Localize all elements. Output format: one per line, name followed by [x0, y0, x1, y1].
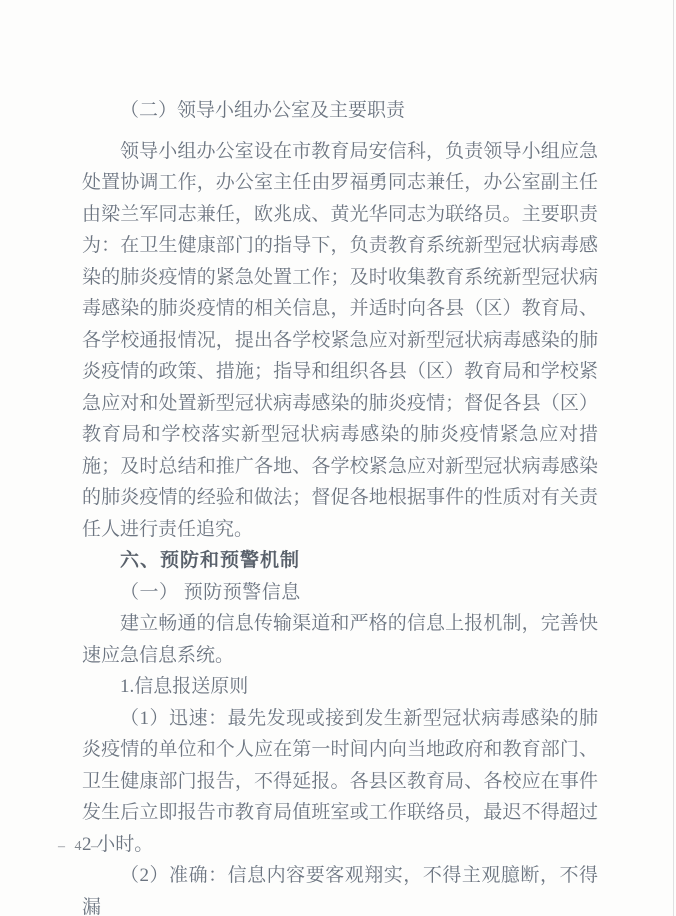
document-page: （二）领导小组办公室及主要职责 领导小组办公室设在市教育局安信科，负责领导小组应… [0, 0, 676, 916]
paragraph-office-duties: 领导小组办公室设在市教育局安信科，负责领导小组应急处置协调工作，办公室主任由罗福… [82, 136, 598, 546]
section-heading-2: （二）领导小组办公室及主要职责 [82, 95, 598, 127]
chapter-heading-6: 六、预防和预警机制 [82, 545, 598, 577]
page-number: – 4 – [58, 839, 101, 855]
document-text-block: （二）领导小组办公室及主要职责 领导小组办公室设在市教育局安信科，负责领导小组应… [82, 95, 598, 916]
paragraph-principle-accurate: （2）准确：信息内容要客观翔实，不得主观臆断，不得漏 [82, 860, 598, 916]
item-heading-report-principles: 1.信息报送原则 [82, 671, 598, 703]
paragraph-info-system: 建立畅通的信息传输渠道和严格的信息上报机制，完善快速应急信息系统。 [82, 608, 598, 671]
paragraph-principle-rapid: （1）迅速：最先发现或接到发生新型冠状病毒感染的肺炎疫情的单位和个人应在第一时间… [82, 703, 598, 861]
subsection-heading-1: （一） 预防预警信息 [82, 577, 598, 609]
scan-edge-line [673, 0, 674, 916]
